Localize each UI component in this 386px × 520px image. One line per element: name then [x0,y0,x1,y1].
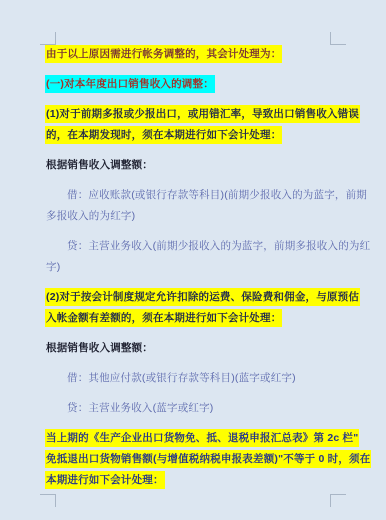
text-line: 借：应收账款(或银行存款等科目)(前期少报收入的为蓝字，前期 [45,185,345,206]
paragraph-section-heading: (一)对本年度出口销售收入的调整： [45,74,345,95]
paragraph-debit-entry-2: 借：其他应付款(或银行存款等科目)(蓝字或红字) [45,368,345,389]
text-line: 根据销售收入调整额： [45,155,345,176]
text-line: 贷：主营业务收入(前期少报收入的为蓝字，前期多报收入的为红 [45,236,345,257]
highlighted-text-run: (2)对于按会计制度规定允许扣除的运费、保险费和佣金，与原预估 [45,288,360,306]
highlighted-text-run: 由于以上原因需进行帐务调整的，其会计处理为： [45,45,282,63]
paragraph-intro: 由于以上原因需进行帐务调整的，其会计处理为： [45,44,345,65]
paragraph-item-1: (1)对于前期多报或少报出口，或用错汇率，导致出口销售收入错误的，在本期发现时，… [45,104,345,146]
text-line: 字) [45,257,345,278]
paragraph-note: 当上期的《生产企业出口货物免、抵、退税申报汇总表》第 2c 栏"免抵退出口货物销… [45,428,345,491]
text-run: 多报收入的为红字) [45,207,136,225]
highlighted-text-run: 当上期的《生产企业出口货物免、抵、退税申报汇总表》第 2c 栏" [45,429,359,447]
paragraph-credit-entry-1: 贷：主营业务收入(前期少报收入的为蓝字，前期多报收入的为红字) [45,236,345,278]
paragraph-debit-entry-1: 借：应收账款(或银行存款等科目)(前期少报收入的为蓝字，前期多报收入的为红字) [45,185,345,227]
paragraph-credit-entry-2: 贷：主营业务收入(蓝字或红字) [45,398,345,419]
text-line: 入帐金额有差额的，须在本期进行如下会计处理： [45,308,345,329]
text-run: 借：其他应付款(或银行存款等科目)(蓝字或红字) [66,369,297,387]
document-content: 由于以上原因需进行帐务调整的，其会计处理为：(一)对本年度出口销售收入的调整：(… [45,44,345,491]
text-line: 本期进行如下会计处理： [45,470,345,491]
text-boundary-mark-bottom-right [330,494,346,507]
text-run: 借：应收账款(或银行存款等科目)(前期少报收入的为蓝字，前期 [66,186,368,204]
paragraph-basis-heading-2: 根据销售收入调整额： [45,338,345,359]
text-line: 由于以上原因需进行帐务调整的，其会计处理为： [45,44,345,65]
highlighted-text-run: 免抵退出口货物销售额(与增值税纳税申报表差额)"不等于 0 时，须在 [45,450,371,468]
text-boundary-mark-bottom-left [40,494,56,507]
text-run: 字) [45,258,61,276]
text-line: (2)对于按会计制度规定允许扣除的运费、保险费和佣金，与原预估 [45,287,345,308]
text-run: 贷：主营业务收入(前期少报收入的为蓝字，前期多报收入的为红 [66,237,371,255]
text-line: 当上期的《生产企业出口货物免、抵、退税申报汇总表》第 2c 栏" [45,428,345,449]
text-line: 免抵退出口货物销售额(与增值税纳税申报表差额)"不等于 0 时，须在 [45,449,345,470]
text-line: (一)对本年度出口销售收入的调整： [45,74,345,95]
text-run: 根据销售收入调整额： [45,156,154,174]
highlighted-text-run: (一)对本年度出口销售收入的调整： [45,75,215,93]
highlighted-text-run: 入帐金额有差额的，须在本期进行如下会计处理： [45,309,282,327]
text-line: 多报收入的为红字) [45,206,345,227]
text-run: 根据销售收入调整额： [45,339,154,357]
text-run: 贷：主营业务收入(蓝字或红字) [66,399,215,417]
text-line: 贷：主营业务收入(蓝字或红字) [45,398,345,419]
highlighted-text-run: (1)对于前期多报或少报出口，或用错汇率，导致出口销售收入错误 [45,105,360,123]
text-line: (1)对于前期多报或少报出口，或用错汇率，导致出口销售收入错误 [45,104,345,125]
document-page: 由于以上原因需进行帐务调整的，其会计处理为：(一)对本年度出口销售收入的调整：(… [0,0,386,520]
paragraph-basis-heading-1: 根据销售收入调整额： [45,155,345,176]
text-line: 借：其他应付款(或银行存款等科目)(蓝字或红字) [45,368,345,389]
text-line: 根据销售收入调整额： [45,338,345,359]
highlighted-text-run: 本期进行如下会计处理： [45,471,165,489]
highlighted-text-run: 的，在本期发现时，须在本期进行如下会计处理： [45,126,282,144]
text-line: 的，在本期发现时，须在本期进行如下会计处理： [45,125,345,146]
paragraph-item-2: (2)对于按会计制度规定允许扣除的运费、保险费和佣金，与原预估入帐金额有差额的，… [45,287,345,329]
